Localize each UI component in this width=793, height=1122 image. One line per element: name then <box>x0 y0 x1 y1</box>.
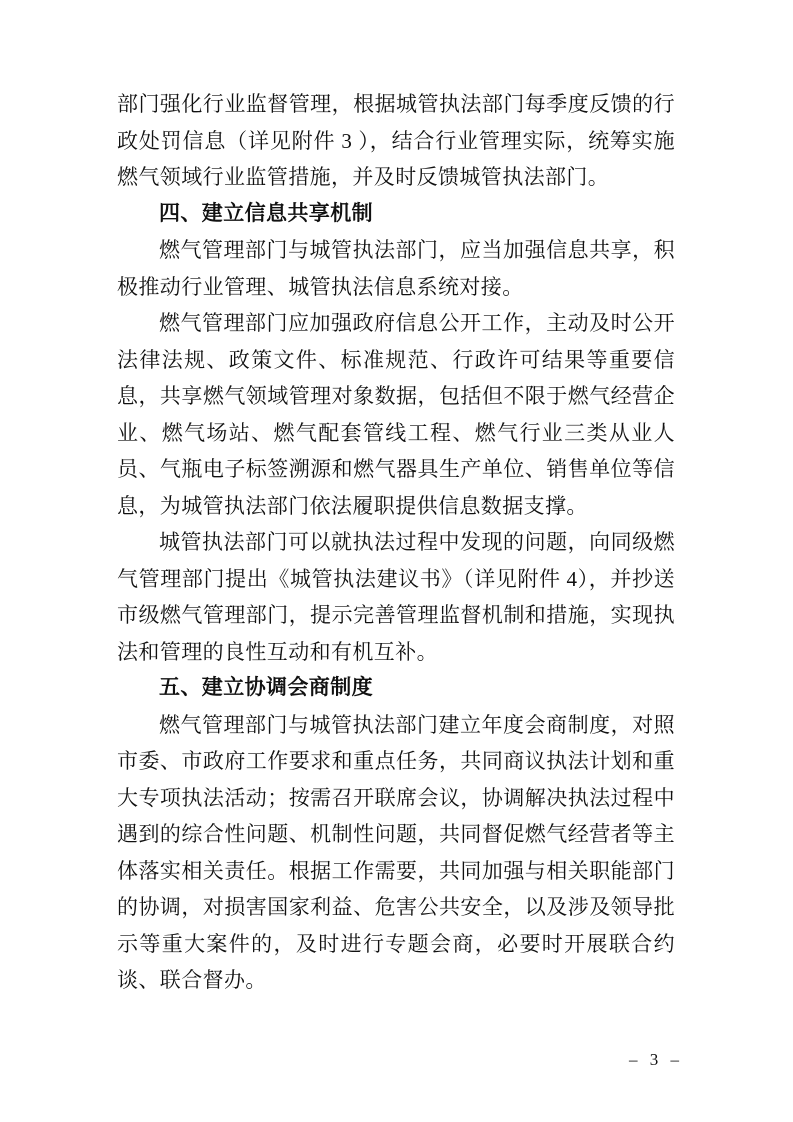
document-body: 部门强化行业监督管理，根据城管执法部门每季度反馈的行政处罚信息（详见附件 3 ）… <box>117 86 675 999</box>
paragraph: 燃气管理部门应加强政府信息公开工作，主动及时公开法律法规、政策文件、标准规范、行… <box>117 305 675 524</box>
section-heading-4: 四、建立信息共享机制 <box>117 196 675 233</box>
section-heading-5: 五、建立协调会商制度 <box>117 670 675 707</box>
paragraph: 城管执法部门可以就执法过程中发现的问题，向同级燃气管理部门提出《城管执法建议书》… <box>117 524 675 670</box>
document-page: 部门强化行业监督管理，根据城管执法部门每季度反馈的行政处罚信息（详见附件 3 ）… <box>0 0 793 1122</box>
paragraph-continued-from-previous-page: 部门强化行业监督管理，根据城管执法部门每季度反馈的行政处罚信息（详见附件 3 ）… <box>117 86 675 196</box>
paragraph: 燃气管理部门与城管执法部门建立年度会商制度，对照市委、市政府工作要求和重点任务，… <box>117 707 675 999</box>
paragraph: 燃气管理部门与城管执法部门，应当加强信息共享，积极推动行业管理、城管执法信息系统… <box>117 232 675 305</box>
page-number: – 3 – <box>629 1048 683 1072</box>
